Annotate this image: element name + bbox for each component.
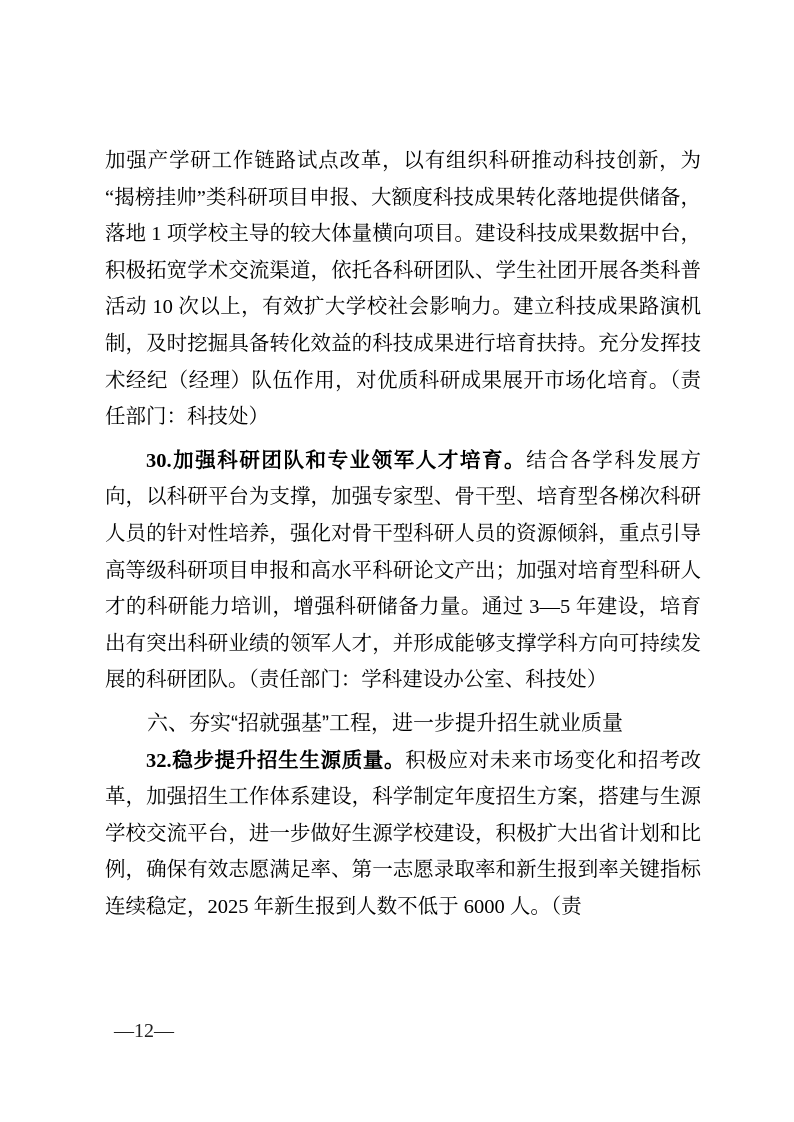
paragraph-continuation: 加强产学研工作链路试点改革，以有组织科研推动科技创新，为“揭榜挂帅”类科研项目申… [105,143,701,436]
document-page: 加强产学研工作链路试点改革，以有组织科研推动科技创新，为“揭榜挂帅”类科研项目申… [0,0,794,1122]
item-30-lead: 30.加强科研团队和专业领军人才培育。 [146,450,526,472]
document-body: 加强产学研工作链路试点改革，以有组织科研推动科技创新，为“揭榜挂帅”类科研项目申… [105,143,701,925]
item-30-body: 结合各学科发展方向，以科研平台为支撑，加强专家型、骨干型、培育型各梯次科研人员的… [105,450,701,692]
item-32-body: 积极应对未来市场变化和招考改革，加强招生工作体系建设，科学制定年度招生方案，搭建… [105,750,701,918]
item-32-lead: 32.稳步提升招生生源质量。 [146,750,405,772]
paragraph-item-30: 30.加强科研团队和专业领军人才培育。结合各学科发展方向，以科研平台为支撑，加强… [105,443,701,699]
section-heading: 六、夯实“招就强基”工程，进一步提升招生就业质量 [105,706,701,743]
page-number: —12— [114,1019,174,1043]
paragraph-item-32: 32.稳步提升招生生源质量。积极应对未来市场变化和招考改革，加强招生工作体系建设… [105,743,701,926]
